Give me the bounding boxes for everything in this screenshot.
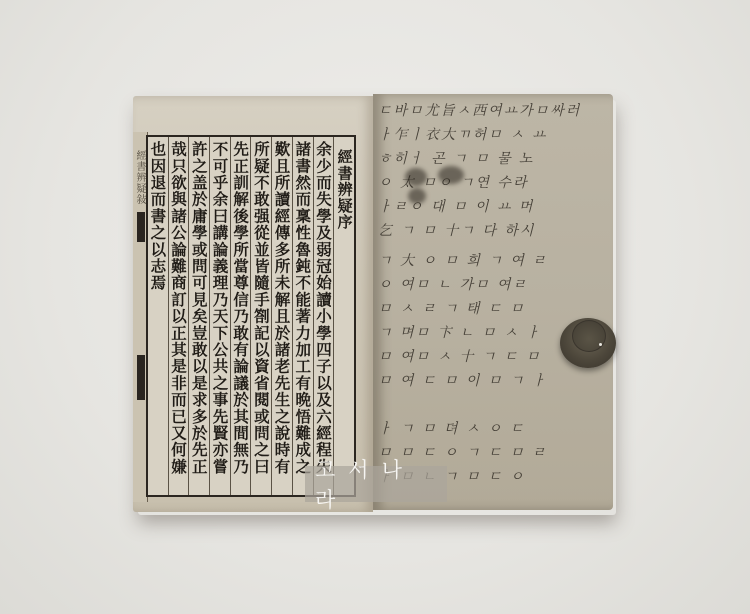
handwritten-line: ㅏ ㄱ ㅁ 뎌 ㅅ ㅇ ㄷ [378,418,525,438]
handwritten-line: ㅎ히ㅓ 곤 ㄱ ㅁ 물 노 [378,148,534,168]
text-column: 所疑不敢强從並皆隨手劄記以資省閱或問之曰 [250,137,271,495]
handwritten-line: ㄱ 며ㅁ 卞 ㄴ ㅁ ㅅ ㅏ [378,322,541,342]
printed-text-frame: 經書辨疑序 余少而失學及弱冠始讀小學四子以及六經程朱 諸書然而稟性魯鈍不能著力加… [146,135,356,497]
handwritten-line: ㄱ 大 ㅇ ㅁ 희 ㄱ 여 ㄹ [378,250,548,270]
text-column: 先正訓解後學所當尊信乃敢有論議於其間無乃 [230,137,251,495]
edge-black-mark [137,212,145,242]
handwritten-line: ㅁ 여ㅁ ㅅ 十 ㄱ ㄷ ㅁ [378,346,541,366]
handwritten-line: ㄷ바ㅁ尤旨ㅅ西여ㅛ가ㅁ싸러 [378,100,581,120]
watermark: 고서나라 [305,466,447,502]
handwritten-line: ㅁ 여 ㄷ ㅁ 이 ㅁ ㄱ ㅏ [378,370,547,390]
text-column: 不可乎余曰講論義理乃天下公共之事先賢亦嘗 [209,137,230,495]
text-column: 歎且所讀經傳多所未解且於諸老先生之說時有 [271,137,292,495]
ink-blot [408,188,426,204]
preface-title: 經書辨疑序 [333,137,354,495]
handwritten-line: ㅇ 여ㅁ ㄴ 가ㅁ 여ㄹ [378,274,528,294]
paperweight-knob [572,320,606,352]
text-column: 許之盖於庸學或問可見矣豈敢以是求多於先正 [188,137,209,495]
paperweight-highlight [599,343,602,346]
text-column: 諸書然而稟性魯鈍不能著力加工有晩悟難成之 [292,137,313,495]
ink-blot [438,166,464,184]
text-column: 余少而失學及弱冠始讀小學四子以及六經程朱 [313,137,334,495]
handwritten-line: 乞 ㄱ ㅁ 十ㄱ 다 하시 [378,220,535,240]
edge-black-mark [137,355,145,400]
handwritten-line: ㅏ乍ㅣ衣大ㄲ허ㅁ ㅅ ㅛ [378,124,548,144]
text-column: 也因退而書之以志焉 [148,137,168,495]
ink-blot [405,168,427,186]
handwritten-line: ㅏㄹㅇ 대 ㅁ 이 ㅛ 머 [378,196,534,216]
text-column: 哉只欲與諸公論難商訂以正其是非而已又何嫌 [168,137,189,495]
handwritten-line: ㅁ ㅅ ㄹ ㄱ 태 ㄷ ㅁ [378,298,525,318]
